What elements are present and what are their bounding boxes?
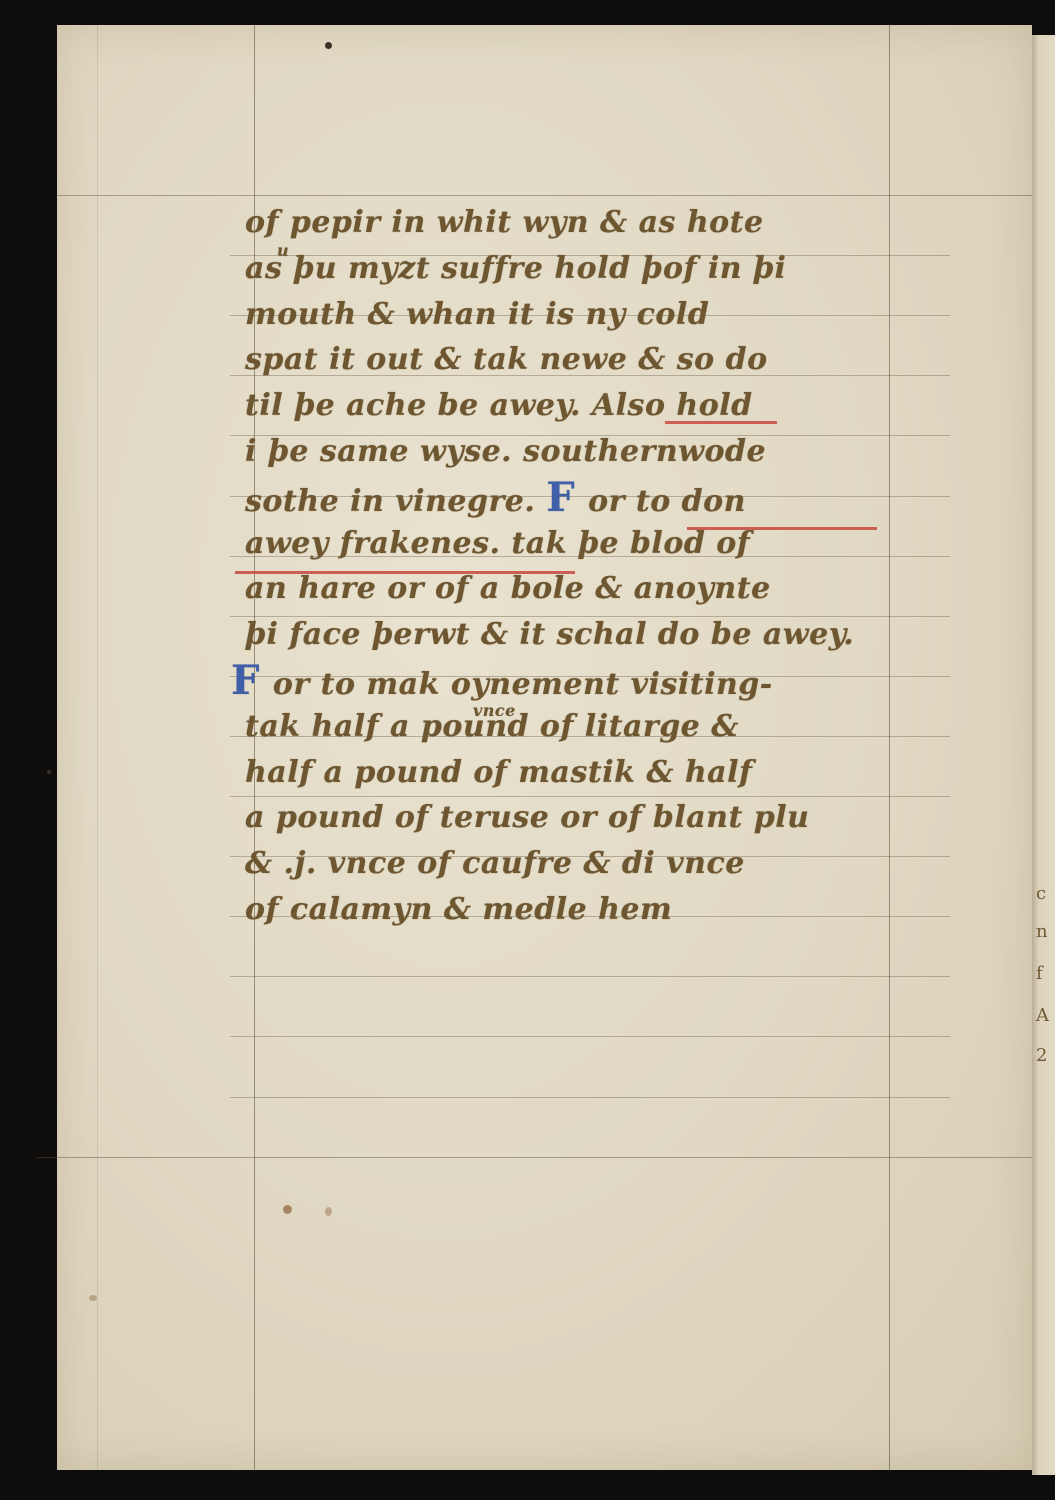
text-line-13: half a pound of mastik & half xyxy=(245,750,925,796)
ink-dot xyxy=(325,42,332,49)
blue-initial: F xyxy=(546,475,575,521)
text-line-1: of pepir in whit wyn & as hote xyxy=(245,200,925,246)
ruling-line xyxy=(230,1097,950,1098)
stain xyxy=(325,1207,332,1216)
ruling-line xyxy=(230,976,950,977)
stain xyxy=(89,1295,97,1301)
ruling-line xyxy=(230,1036,950,1037)
text-block: of pepir in whit wyn & as hote as þu myz… xyxy=(245,200,925,933)
rubric-underline xyxy=(665,421,777,424)
blue-initial: F xyxy=(231,658,260,704)
text-line-10: þi face þerwt & it schal do be awey. xyxy=(245,612,925,658)
text-line-12: tak half a pound of litarge & vnce xyxy=(245,704,925,750)
text-line-9: an hare or of a bole & anoynte xyxy=(245,566,925,612)
text-line-16: of calamyn & medle hem xyxy=(245,887,925,933)
text-line-4: spat it out & tak newe & so do xyxy=(245,337,925,383)
ruling-top xyxy=(57,195,1032,196)
ruling-bottom xyxy=(37,1157,1032,1158)
text-line-11: F or to mak oynement visiting- xyxy=(245,658,925,704)
text-line-8: awey frakenes. tak þe blod of xyxy=(245,521,925,567)
superscript-mark: u xyxy=(277,228,289,274)
adjacent-fragment: n xyxy=(1036,923,1048,941)
adjacent-fragment: c xyxy=(1036,885,1046,903)
text-line-3: mouth & whan it is ny cold xyxy=(245,292,925,338)
ink-dot xyxy=(47,770,51,774)
text-line-6: i þe same wyse. southernwode xyxy=(245,429,925,475)
text-line-15: & .j. vnce of caufre & di vnce xyxy=(245,841,925,887)
interlinear-gloss: vnce xyxy=(473,688,516,734)
text-line-5: til þe ache be awey. Also hold xyxy=(245,383,925,429)
adjacent-fragment: f xyxy=(1036,965,1043,983)
ruling-left-outer xyxy=(97,25,98,1470)
adjacent-page-edge: c n f A 2 xyxy=(1032,35,1055,1475)
stain xyxy=(283,1205,292,1214)
text-line-14: a pound of teruse or of blant plu xyxy=(245,795,925,841)
text-line-2: as þu myzt suffre hold þof in þi u xyxy=(245,246,925,292)
adjacent-fragment: A xyxy=(1036,1007,1049,1025)
adjacent-fragment: 2 xyxy=(1036,1047,1047,1065)
text-line-7: sothe in vinegre. F or to don xyxy=(245,475,925,521)
